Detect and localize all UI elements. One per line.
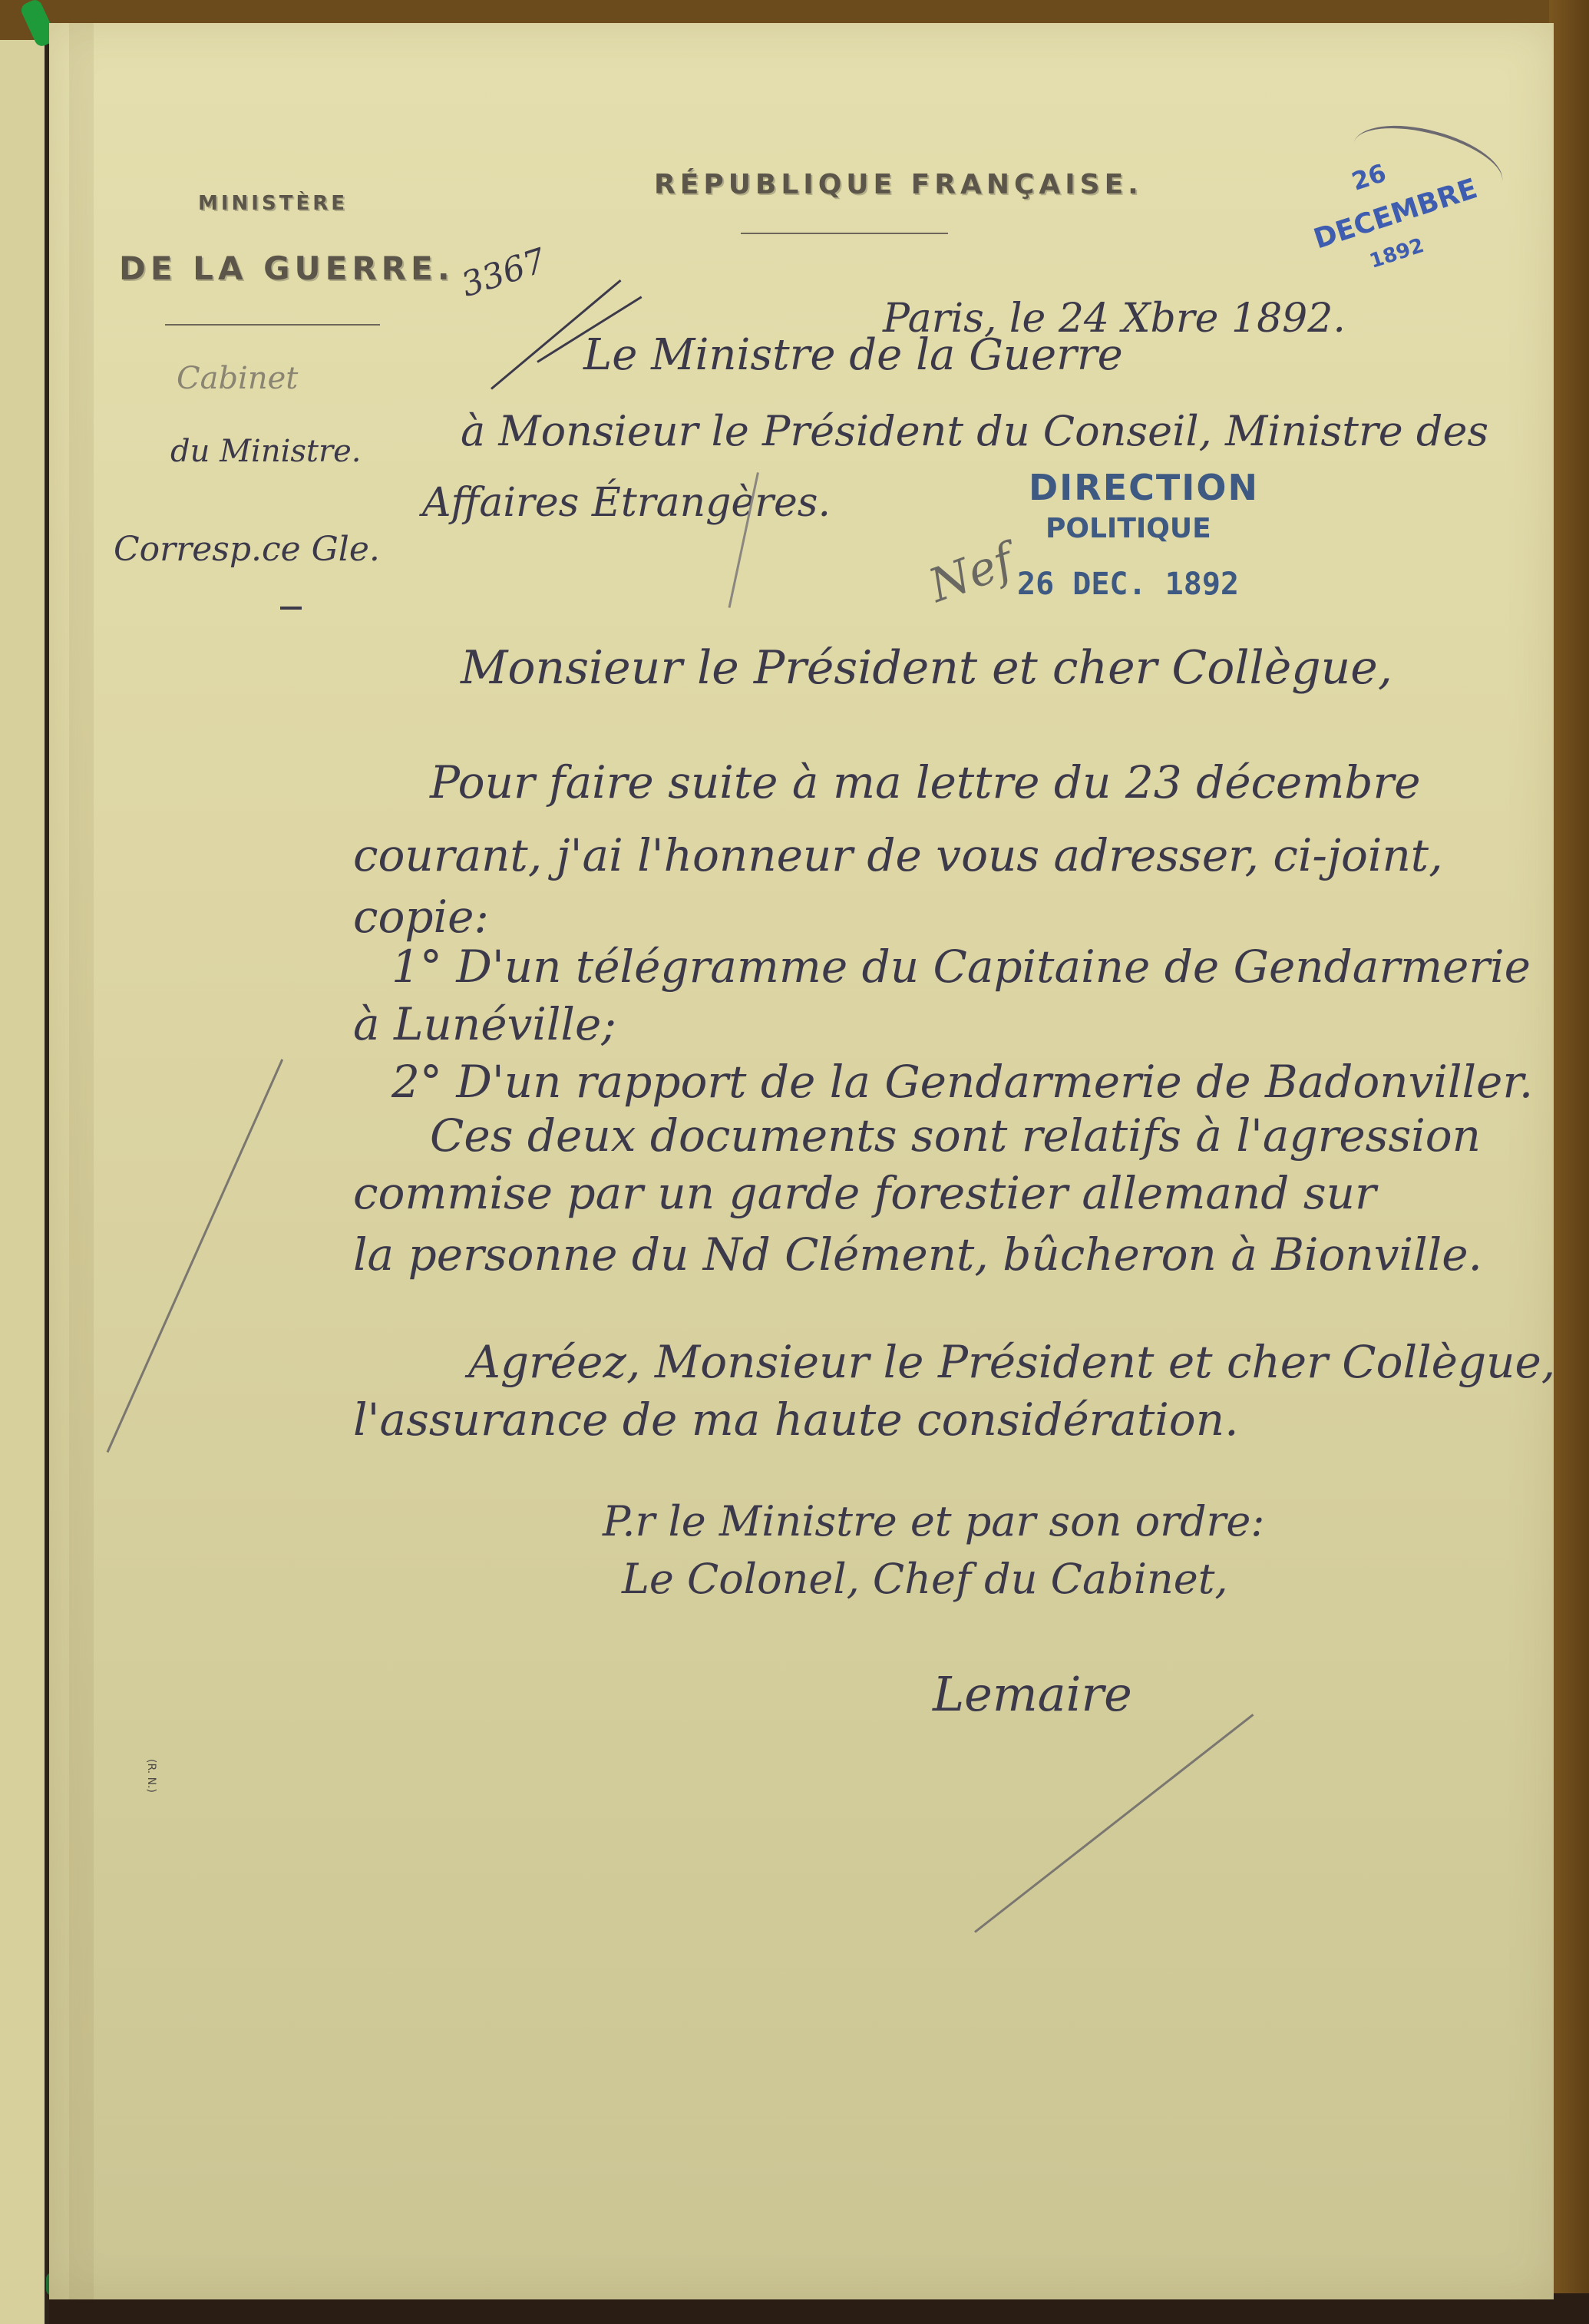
closing-line-1: Agréez, Monsieur le Président et cher Co…: [468, 1336, 1555, 1388]
body-line: 1° D'un télégramme du Capitaine de Genda…: [391, 941, 1531, 993]
margin-correspondance: Corresp.ce Gle.: [114, 530, 380, 569]
letterhead-divider: [165, 324, 380, 326]
signature-authority: P.r le Ministre et par son ordre:: [603, 1497, 1264, 1545]
signature-title: Le Colonel, Chef du Cabinet,: [622, 1555, 1228, 1603]
body-line: 2° D'un rapport de la Gendarmerie de Bad…: [391, 1056, 1533, 1108]
section-stamp-line1: DIRECTION: [1029, 467, 1259, 508]
margin-print-code: (R. N.): [145, 1759, 157, 1793]
letterhead-ministry-line2: DE LA GUERRE.: [119, 250, 454, 287]
page-fold-shadow: [69, 23, 94, 2299]
body-line: courant, j'ai l'honneur de vous adresser…: [353, 829, 1443, 881]
margin-underline: [280, 607, 302, 610]
margin-cabinet: Cabinet: [177, 361, 298, 396]
receipt-stamp-year: 1892: [1367, 234, 1427, 273]
letterhead-republic: RÉPUBLIQUE FRANÇAISE.: [654, 169, 1143, 200]
body-line: Ces deux documents sont relatifs à l'agr…: [430, 1109, 1481, 1162]
desk-surface-right: [1549, 0, 1589, 2324]
salutation: Monsieur le Président et cher Collègue,: [461, 641, 1392, 695]
section-stamp-date: 26 DEC. 1892: [1017, 567, 1239, 602]
recipient-line-2: Affaires Étrangères.: [422, 480, 831, 526]
body-line: commise par un garde forestier allemand …: [353, 1167, 1376, 1219]
previous-page-edge: [0, 40, 49, 2324]
body-line: copie:: [353, 891, 489, 943]
sender-line: Le Ministre de la Guerre: [583, 330, 1123, 380]
republic-divider: [741, 233, 948, 234]
closing-line-2: l'assurance de ma haute considération.: [353, 1393, 1239, 1446]
body-line: à Lunéville;: [353, 998, 616, 1050]
margin-du-ministre: du Ministre.: [170, 434, 362, 469]
body-line: la personne du Nd Clément, bûcheron à Bi…: [353, 1228, 1482, 1281]
letterhead-ministry-line1: MINISTÈRE: [198, 192, 348, 215]
signature: Lemaire: [933, 1666, 1132, 1722]
recipient-line-1: à Monsieur le Président du Conseil, Mini…: [461, 407, 1488, 455]
body-line: Pour faire suite à ma lettre du 23 décem…: [430, 756, 1421, 808]
section-stamp-line2: POLITIQUE: [1046, 513, 1211, 544]
